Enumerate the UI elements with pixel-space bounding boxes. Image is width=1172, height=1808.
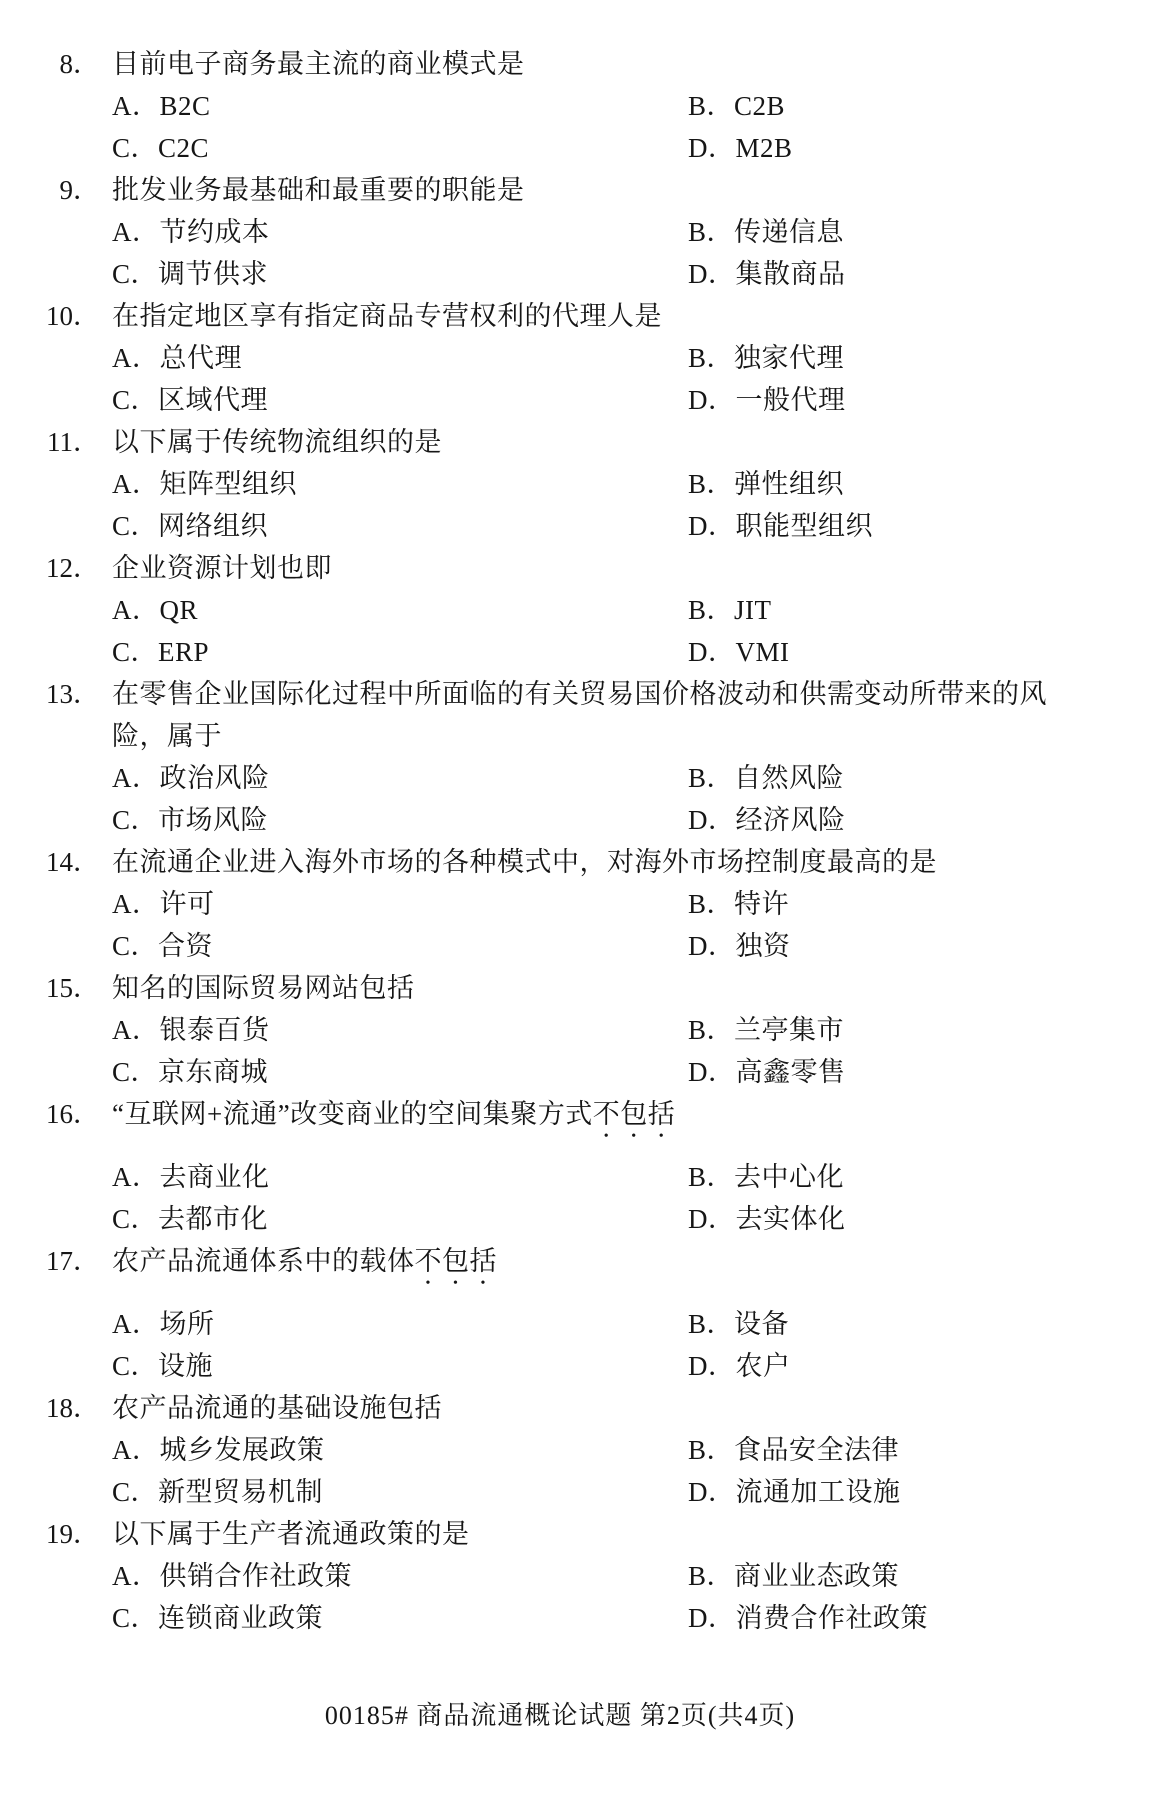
option: C．ERP — [112, 631, 688, 673]
option: C．合资 — [112, 925, 688, 967]
question: 9． 批发业务最基础和最重要的职能是 A．节约成本 B．传递信息 C．调节供求 … — [36, 169, 1146, 295]
option-text: 传递信息 — [734, 217, 844, 247]
option: D．职能型组织 — [688, 505, 1146, 547]
option-text: ERP — [158, 637, 209, 667]
option-text: 调节供求 — [158, 259, 268, 289]
question-number: 8． — [36, 43, 100, 85]
option-text: 去中心化 — [734, 1162, 844, 1192]
question: 11． 以下属于传统物流组织的是 A．矩阵型组织 B．弹性组织 C．网络组织 D… — [36, 421, 1146, 547]
option-label: B． — [688, 1561, 734, 1591]
option-label: A． — [112, 1561, 160, 1591]
option: C．设施 — [112, 1345, 688, 1387]
option-text: 场所 — [160, 1309, 215, 1339]
option: B．食品安全法律 — [688, 1429, 1146, 1471]
question-number: 10． — [36, 295, 100, 337]
option-label: C． — [112, 1477, 158, 1507]
option-text: C2C — [158, 133, 209, 163]
option-label: C． — [112, 133, 158, 163]
question-stem-row: 17． 农产品流通体系中的载体不包括 — [36, 1240, 1146, 1291]
option-text: 供销合作社政策 — [160, 1561, 353, 1591]
question-number: 14． — [36, 841, 100, 883]
option-label: A． — [112, 763, 160, 793]
option-label: A． — [112, 91, 160, 121]
option-text: 区域代理 — [158, 385, 268, 415]
option-label: C． — [112, 385, 158, 415]
option-text: B2C — [160, 91, 211, 121]
option: A．供销合作社政策 — [112, 1555, 688, 1597]
option-text: 许可 — [160, 889, 215, 919]
option: C．C2C — [112, 127, 688, 169]
option: B．C2B — [688, 85, 1146, 127]
option-text: 政治风险 — [160, 763, 270, 793]
option: C．去都市化 — [112, 1198, 688, 1240]
option-text: M2B — [736, 133, 793, 163]
option-label: B． — [688, 1162, 734, 1192]
option-text: 消费合作社政策 — [736, 1603, 929, 1633]
option: C．京东商城 — [112, 1051, 688, 1093]
option-label: B． — [688, 889, 734, 919]
option-label: C． — [112, 511, 158, 541]
question-number: 19． — [36, 1513, 100, 1555]
option-label: B． — [688, 763, 734, 793]
question-stem-row: 13． 在零售企业国际化过程中所面临的有关贸易国价格波动和供需变动所带来的风险，… — [36, 673, 1146, 757]
option: B．设备 — [688, 1303, 1146, 1345]
option: D．农户 — [688, 1345, 1146, 1387]
question: 13． 在零售企业国际化过程中所面临的有关贸易国价格波动和供需变动所带来的风险，… — [36, 673, 1146, 841]
question-stem: 批发业务最基础和最重要的职能是 — [112, 169, 525, 211]
option-label: B． — [688, 217, 734, 247]
option-text: 食品安全法律 — [734, 1435, 899, 1465]
options-grid: A．去商业化 B．去中心化 C．去都市化 D．去实体化 — [112, 1156, 1146, 1240]
option-text: 网络组织 — [158, 511, 268, 541]
option-text: 去都市化 — [158, 1204, 268, 1234]
option-text: 独资 — [736, 931, 791, 961]
option-label: C． — [112, 931, 158, 961]
option: C．连锁商业政策 — [112, 1597, 688, 1639]
options-grid: A．城乡发展政策 B．食品安全法律 C．新型贸易机制 D．流通加工设施 — [112, 1429, 1146, 1513]
options-grid: A．节约成本 B．传递信息 C．调节供求 D．集散商品 — [112, 211, 1146, 295]
question-stem-row: 18． 农产品流通的基础设施包括 — [36, 1387, 1146, 1429]
question-number: 9． — [36, 169, 100, 211]
option: C．调节供求 — [112, 253, 688, 295]
option-text: 兰亭集市 — [734, 1015, 844, 1045]
question-stem-row: 16． “互联网+流通”改变商业的空间集聚方式不包括 — [36, 1093, 1146, 1144]
option-text: 独家代理 — [734, 343, 844, 373]
question-stem: 知名的国际贸易网站包括 — [112, 967, 415, 1009]
option: D．独资 — [688, 925, 1146, 967]
option: C．新型贸易机制 — [112, 1471, 688, 1513]
question: 14． 在流通企业进入海外市场的各种模式中，对海外市场控制度最高的是 A．许可 … — [36, 841, 1146, 967]
option-text: 特许 — [734, 889, 789, 919]
option-text: 职能型组织 — [736, 511, 874, 541]
option: D．经济风险 — [688, 799, 1146, 841]
option-text: 经济风险 — [736, 805, 846, 835]
question-number: 18． — [36, 1387, 100, 1429]
option-label: C． — [112, 805, 158, 835]
question-stem: 以下属于生产者流通政策的是 — [112, 1513, 470, 1555]
options-grid: A．总代理 B．独家代理 C．区域代理 D．一般代理 — [112, 337, 1146, 421]
option-text: 总代理 — [160, 343, 243, 373]
option-text: 集散商品 — [736, 259, 846, 289]
options-grid: A．QR B．JIT C．ERP D．VMI — [112, 589, 1146, 673]
question-stem: 目前电子商务最主流的商业模式是 — [112, 43, 525, 85]
option-label: D． — [688, 259, 736, 289]
option: C．市场风险 — [112, 799, 688, 841]
option: C．网络组织 — [112, 505, 688, 547]
option: B．商业业态政策 — [688, 1555, 1146, 1597]
option-text: 矩阵型组织 — [160, 469, 298, 499]
question: 10． 在指定地区享有指定商品专营权利的代理人是 A．总代理 B．独家代理 C．… — [36, 295, 1146, 421]
option-text: 新型贸易机制 — [158, 1477, 323, 1507]
option-text: 去商业化 — [160, 1162, 270, 1192]
question: 15． 知名的国际贸易网站包括 A．银泰百货 B．兰亭集市 C．京东商城 D．高… — [36, 967, 1146, 1093]
question-number: 11． — [36, 421, 100, 463]
option-label: A． — [112, 1015, 160, 1045]
options-grid: A．政治风险 B．自然风险 C．市场风险 D．经济风险 — [112, 757, 1146, 841]
option-label: D． — [688, 1477, 736, 1507]
option-label: D． — [688, 1351, 736, 1381]
question-stem-row: 12． 企业资源计划也即 — [36, 547, 1146, 589]
option-label: D． — [688, 637, 736, 667]
option-label: B． — [688, 1015, 734, 1045]
option-label: D． — [688, 385, 736, 415]
option: A．银泰百货 — [112, 1009, 688, 1051]
option: A．节约成本 — [112, 211, 688, 253]
option: B．弹性组织 — [688, 463, 1146, 505]
option-label: A． — [112, 1162, 160, 1192]
option-label: D． — [688, 931, 736, 961]
option-text: 高鑫零售 — [736, 1057, 846, 1087]
options-grid: A．供销合作社政策 B．商业业态政策 C．连锁商业政策 D．消费合作社政策 — [112, 1555, 1146, 1639]
question-number: 16． — [36, 1093, 100, 1135]
option: A．去商业化 — [112, 1156, 688, 1198]
question-stem-row: 14． 在流通企业进入海外市场的各种模式中，对海外市场控制度最高的是 — [36, 841, 1146, 883]
option: B．特许 — [688, 883, 1146, 925]
question: 16． “互联网+流通”改变商业的空间集聚方式不包括 A．去商业化 B．去中心化… — [36, 1093, 1146, 1240]
question-stem-row: 10． 在指定地区享有指定商品专营权利的代理人是 — [36, 295, 1146, 337]
option: B．自然风险 — [688, 757, 1146, 799]
question-stem-row: 8． 目前电子商务最主流的商业模式是 — [36, 43, 1146, 85]
question-list: 8． 目前电子商务最主流的商业模式是 A．B2C B．C2B C．C2C D．M… — [36, 43, 1146, 1639]
option-label: C． — [112, 1351, 158, 1381]
question-stem: 在指定地区享有指定商品专营权利的代理人是 — [112, 295, 662, 337]
options-grid: A．B2C B．C2B C．C2C D．M2B — [112, 85, 1146, 169]
option-label: A． — [112, 1309, 160, 1339]
option: C．区域代理 — [112, 379, 688, 421]
option-label: C． — [112, 1057, 158, 1087]
option: D．消费合作社政策 — [688, 1597, 1146, 1639]
page-footer: 00185# 商品流通概论试题 第2页(共4页) — [0, 1698, 1120, 1734]
option-text: 设施 — [158, 1351, 213, 1381]
option-label: A． — [112, 889, 160, 919]
option: D．M2B — [688, 127, 1146, 169]
option: D．去实体化 — [688, 1198, 1146, 1240]
option-text: 农户 — [736, 1351, 791, 1381]
option-text: 流通加工设施 — [736, 1477, 901, 1507]
option-label: D． — [688, 1204, 736, 1234]
option: D．VMI — [688, 631, 1146, 673]
option-label: D． — [688, 805, 736, 835]
option-text: VMI — [736, 637, 790, 667]
option-label: B． — [688, 343, 734, 373]
option-label: C． — [112, 259, 158, 289]
option: A．政治风险 — [112, 757, 688, 799]
options-grid: A．银泰百货 B．兰亭集市 C．京东商城 D．高鑫零售 — [112, 1009, 1146, 1093]
option: B．独家代理 — [688, 337, 1146, 379]
option-label: B． — [688, 1435, 734, 1465]
exam-page: { "page": { "footer": "00185# 商品流通概论试题 第… — [0, 0, 1172, 1808]
option-label: A． — [112, 343, 160, 373]
emphasized-text: 不包括 — [415, 1246, 498, 1276]
option-text: QR — [160, 595, 199, 625]
option-text: C2B — [734, 91, 785, 121]
option: D．流通加工设施 — [688, 1471, 1146, 1513]
option-label: C． — [112, 637, 158, 667]
option: A．B2C — [112, 85, 688, 127]
option-text: 城乡发展政策 — [160, 1435, 325, 1465]
option: A．矩阵型组织 — [112, 463, 688, 505]
option: D．高鑫零售 — [688, 1051, 1146, 1093]
option: A．城乡发展政策 — [112, 1429, 688, 1471]
option-text: 商业业态政策 — [734, 1561, 899, 1591]
option-text: 合资 — [158, 931, 213, 961]
option: B．兰亭集市 — [688, 1009, 1146, 1051]
option-label: D． — [688, 1603, 736, 1633]
question: 19． 以下属于生产者流通政策的是 A．供销合作社政策 B．商业业态政策 C．连… — [36, 1513, 1146, 1639]
option-text: 一般代理 — [736, 385, 846, 415]
question-number: 12． — [36, 547, 100, 589]
option-label: C． — [112, 1603, 158, 1633]
question: 12． 企业资源计划也即 A．QR B．JIT C．ERP D．VMI — [36, 547, 1146, 673]
option-text: 京东商城 — [158, 1057, 268, 1087]
question-stem-row: 19． 以下属于生产者流通政策的是 — [36, 1513, 1146, 1555]
option-text: 连锁商业政策 — [158, 1603, 323, 1633]
option-text: 节约成本 — [160, 217, 270, 247]
option-label: B． — [688, 1309, 734, 1339]
option: A．总代理 — [112, 337, 688, 379]
question-number: 15． — [36, 967, 100, 1009]
question: 8． 目前电子商务最主流的商业模式是 A．B2C B．C2B C．C2C D．M… — [36, 43, 1146, 169]
options-grid: A．场所 B．设备 C．设施 D．农户 — [112, 1303, 1146, 1387]
option: B．传递信息 — [688, 211, 1146, 253]
option-label: D． — [688, 511, 736, 541]
question-stem: 农产品流通的基础设施包括 — [112, 1387, 442, 1429]
option: A．许可 — [112, 883, 688, 925]
options-grid: A．矩阵型组织 B．弹性组织 C．网络组织 D．职能型组织 — [112, 463, 1146, 547]
option: D．集散商品 — [688, 253, 1146, 295]
option-label: B． — [688, 91, 734, 121]
question-stem: 以下属于传统物流组织的是 — [112, 421, 442, 463]
question-stem: 在流通企业进入海外市场的各种模式中，对海外市场控制度最高的是 — [112, 841, 937, 883]
question-stem-row: 9． 批发业务最基础和最重要的职能是 — [36, 169, 1146, 211]
question-number: 13． — [36, 673, 100, 715]
option-label: C． — [112, 1204, 158, 1234]
question: 17． 农产品流通体系中的载体不包括 A．场所 B．设备 C．设施 D．农户 — [36, 1240, 1146, 1387]
options-grid: A．许可 B．特许 C．合资 D．独资 — [112, 883, 1146, 967]
option: A．场所 — [112, 1303, 688, 1345]
option-label: B． — [688, 469, 734, 499]
emphasized-text: 不包括 — [593, 1099, 676, 1129]
option-text: 自然风险 — [734, 763, 844, 793]
option-label: A． — [112, 469, 160, 499]
option-label: A． — [112, 217, 160, 247]
question-stem: 企业资源计划也即 — [112, 547, 332, 589]
option: D．一般代理 — [688, 379, 1146, 421]
question: 18． 农产品流通的基础设施包括 A．城乡发展政策 B．食品安全法律 C．新型贸… — [36, 1387, 1146, 1513]
question-stem-row: 11． 以下属于传统物流组织的是 — [36, 421, 1146, 463]
option-label: A． — [112, 595, 160, 625]
option-text: 市场风险 — [158, 805, 268, 835]
option-text: 银泰百货 — [160, 1015, 270, 1045]
option-text: JIT — [734, 595, 772, 625]
option-label: B． — [688, 595, 734, 625]
option-text: 去实体化 — [736, 1204, 846, 1234]
option-text: 弹性组织 — [734, 469, 844, 499]
option: B．JIT — [688, 589, 1146, 631]
question-stem-row: 15． 知名的国际贸易网站包括 — [36, 967, 1146, 1009]
option-label: A． — [112, 1435, 160, 1465]
option-text: 设备 — [734, 1309, 789, 1339]
option-label: D． — [688, 133, 736, 163]
option-label: D． — [688, 1057, 736, 1087]
question-number: 17． — [36, 1240, 100, 1282]
question-stem: 农产品流通体系中的载体不包括 — [112, 1240, 497, 1291]
question-stem: 在零售企业国际化过程中所面临的有关贸易国价格波动和供需变动所带来的风险，属于 — [112, 673, 1092, 757]
option: A．QR — [112, 589, 688, 631]
question-stem: “互联网+流通”改变商业的空间集聚方式不包括 — [112, 1093, 675, 1144]
option: B．去中心化 — [688, 1156, 1146, 1198]
